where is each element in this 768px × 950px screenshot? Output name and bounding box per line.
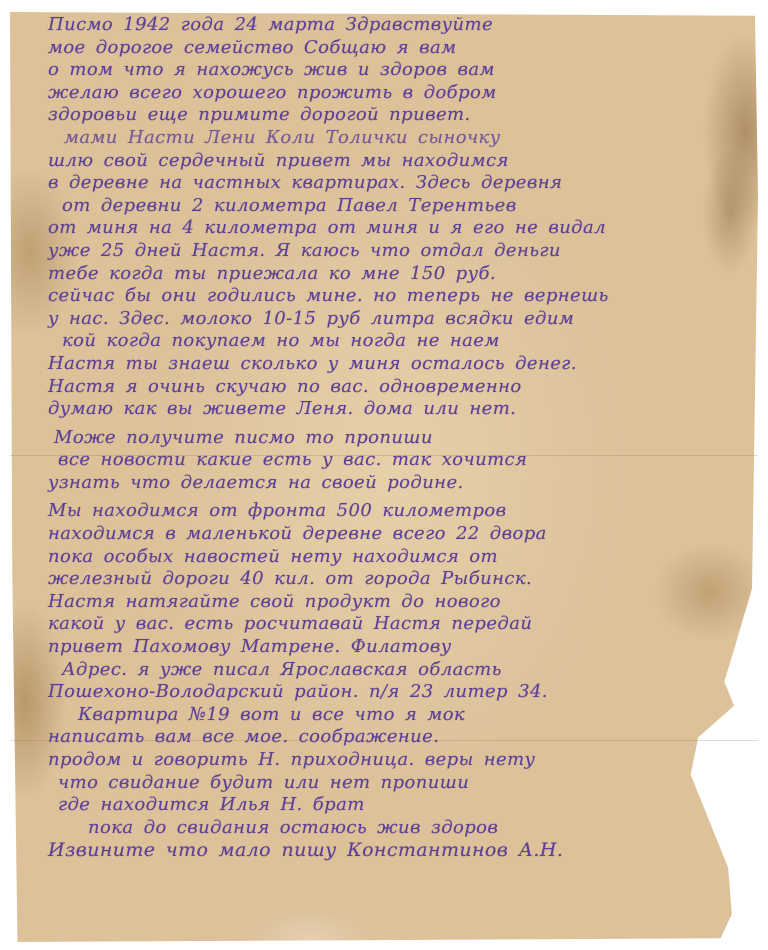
letter-line: у нас. Здес. молоко 10-15 руб литра всяд… [48,308,738,331]
letter-line: кой когда покупаем но мы ногда не наем [48,330,738,353]
letter-line: здоровьи еще примите дорогой привет. [48,104,738,127]
letter-line: какой у вас. есть росчитавай Настя перед… [48,613,738,636]
letter-line: Пошехоно-Володарский район. п/я 23 литер… [48,681,738,704]
letter-line: Квартира №19 вот и все что я мок [48,704,738,727]
letter-line: желаю всего хорошего прожить в добром [48,82,738,105]
letter-line: мое дорогое семейство Собщаю я вам [48,37,738,60]
letter-line: в деревне на частных квартирах. Здесь де… [48,172,738,195]
letter-line: железный дороги 40 кил. от города Рыбинс… [48,568,738,591]
letter-line: привет Пахомову Матрене. Филатову [48,636,738,659]
letter-line: продом и говорить Н. приходница. веры не… [48,749,738,772]
letter-line: уже 25 дней Настя. Я каюсь что отдал ден… [48,240,738,263]
handwritten-letter-body: Писмо 1942 года 24 марта Здравствуйте мо… [48,14,738,862]
letter-line: пока до свидания остаюсь жив здоров [48,817,738,840]
letter-line: Настя натягайте свой продукт до нового [48,591,738,614]
letter-line: от деревни 2 километра Павел Терентьев [48,195,738,218]
letter-line: узнать что делается на своей родине. [48,472,738,495]
letter-line: Мы находимся от фронта 500 километров [48,500,738,523]
letter-line: Адрес. я уже писал Ярославская область [48,659,738,682]
letter-line: Може получите писмо то пропиши [48,427,738,450]
letter-line: Писмо 1942 года 24 марта Здравствуйте [48,14,738,37]
letter-line: Настя ты знаеш сколько у миня осталось д… [48,353,738,376]
letter-line: шлю свой сердечный привет мы находимся [48,150,738,173]
letter-line: где находится Илья Н. брат [48,794,738,817]
letter-line: от миня на 4 километра от миня и я его н… [48,217,738,240]
letter-line: думаю как вы живете Леня. дома или нет. [48,398,738,421]
letter-line: о том что я нахожусь жив и здоров вам [48,59,738,82]
scanned-letter-page: Писмо 1942 года 24 марта Здравствуйте мо… [0,0,768,950]
letter-line: находимся в маленькой деревне всего 22 д… [48,523,738,546]
letter-line: что свидание будит или нет пропиши [48,772,738,795]
letter-signature-line: Извините что мало пишу Константинов А.Н. [48,839,738,862]
letter-line: все новости какие есть у вас. так хочитс… [48,449,738,472]
letter-line: сейчас бы они годились мине. но теперь н… [48,285,738,308]
letter-line: мами Насти Лени Коли Толички сыночку [48,127,738,150]
letter-line: пока особых навостей нету находимся от [48,546,738,569]
letter-line: написать вам все мое. соображение. [48,726,738,749]
letter-line: Настя я очинь скучаю по вас. одновременн… [48,376,738,399]
letter-line: тебе когда ты приежала ко мне 150 руб. [48,263,738,286]
